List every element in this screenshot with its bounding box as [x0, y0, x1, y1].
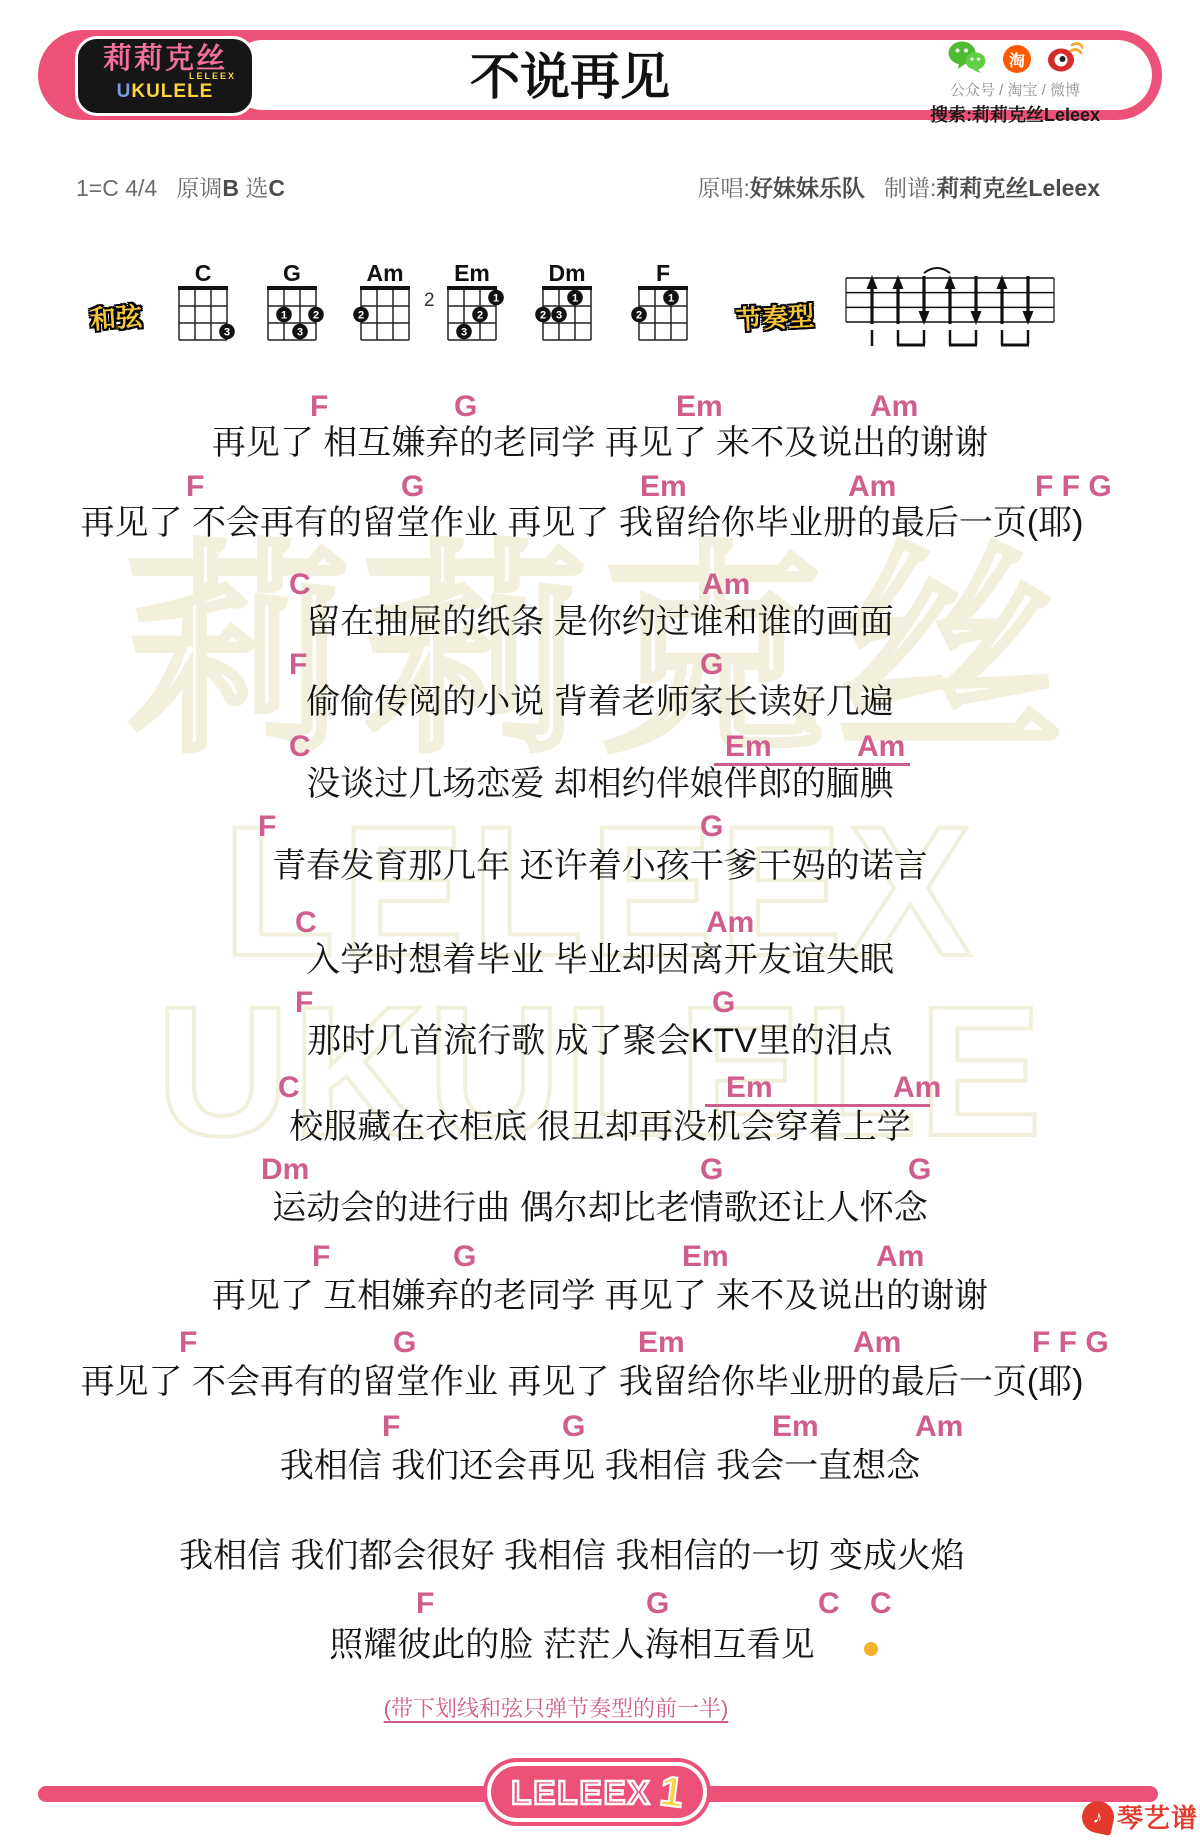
chord: G: [700, 650, 723, 680]
half-rhythm-underline: [705, 1104, 930, 1107]
footer-badge: LELEEX 1: [487, 1762, 707, 1822]
chord: Em: [676, 392, 723, 422]
lyric-line-5: 没谈过几场恋爱 却相约伴娘伴郎的腼腆: [0, 765, 1200, 804]
lyric-line-13: 我相信 我们还会再见 我相信 我会一直想念: [0, 1447, 1200, 1486]
chord-row-10: Dm G G: [0, 1155, 1200, 1189]
chord-name: Em: [438, 262, 506, 285]
lyric-line-14: 我相信 我们都会很好 我相信 我相信的一切 变成火焰: [0, 1537, 1172, 1576]
chord-grid: 2: [361, 289, 409, 340]
chord-row-9: C Em Am: [0, 1073, 1200, 1107]
lyric-line-1: 再见了 相互嫌弃的老同学 再见了 来不及说出的谢谢: [0, 424, 1200, 463]
chord: Em: [772, 1412, 819, 1442]
taobao-icon: 淘: [1003, 45, 1031, 73]
chord: Am: [702, 570, 750, 600]
chord: G: [453, 1242, 476, 1272]
chord-row-3: C Am: [0, 570, 1200, 604]
chord-row-12: F G Em Am F F G: [0, 1328, 1200, 1362]
chord: G: [401, 472, 424, 502]
key-time-info: 1=C 4/4 原调B 选C: [76, 170, 285, 203]
svg-text:3: 3: [224, 326, 230, 338]
chord: G: [646, 1589, 669, 1619]
selected-key-label: 选: [245, 175, 268, 201]
time-signature: 4/4: [125, 175, 157, 201]
chord-name: Dm: [533, 262, 601, 285]
chord: Em: [638, 1328, 685, 1358]
chord-row-6: F G: [0, 812, 1200, 846]
chord: G: [700, 812, 723, 842]
lyric-line-11: 再见了 互相嫌弃的老同学 再见了 来不及说出的谢谢: [0, 1277, 1200, 1316]
svg-text:3: 3: [556, 309, 562, 321]
lyric-line-12: 再见了 不会再有的留堂作业 再见了 我留给你毕业册的最后一页(耶): [0, 1363, 1182, 1402]
arranger-name: 莉莉克丝Leleex: [936, 175, 1100, 201]
original-key-label: 原调: [176, 175, 222, 201]
footnote: (带下划线和弦只弹节奏型的前一半): [0, 1692, 1112, 1723]
chord-row-11: F G Em Am: [0, 1242, 1200, 1276]
chord-diagram-Em: Em 2 123: [448, 262, 496, 342]
svg-text:1: 1: [281, 309, 287, 321]
chord: G: [712, 988, 735, 1018]
weibo-icon: [1047, 41, 1083, 78]
chord: F: [416, 1589, 434, 1619]
chord-grid: 123: [543, 289, 591, 340]
chord-grid: 3: [179, 289, 227, 340]
chord-grid: 123: [448, 289, 496, 340]
chord-diagram-Dm: Dm 123: [543, 262, 591, 342]
chord-row-4: F G: [0, 650, 1200, 684]
svg-text:1: 1: [493, 292, 499, 304]
lyric-line-10: 运动会的进行曲 偶尔却比老情歌还让人怀念: [0, 1189, 1200, 1228]
logo-chinese-name: 莉莉克丝: [78, 45, 252, 74]
chord: Am: [915, 1412, 963, 1442]
leleex-logo: 莉莉克丝 LELEEX UKULELE: [75, 36, 255, 116]
chord-row-8: F G: [0, 988, 1200, 1022]
arranger-label: 制谱:: [884, 175, 936, 201]
chord: C: [289, 570, 311, 600]
ending-dot: [864, 1642, 878, 1656]
chord: Am: [706, 908, 754, 938]
chord: Am: [893, 1073, 941, 1103]
chord: C: [295, 908, 317, 938]
chord-row-2: F G Em Am F F G: [0, 472, 1200, 506]
chord-grid: 132: [268, 289, 316, 340]
chord: Am: [853, 1328, 901, 1358]
svg-text:2: 2: [540, 309, 546, 321]
svg-text:2: 2: [358, 309, 364, 321]
chord: F: [186, 472, 204, 502]
chord-row-1: F G Em Am: [0, 392, 1200, 426]
chord: F: [310, 392, 328, 422]
chord-row-13: F G Em Am: [0, 1412, 1200, 1446]
strum-pattern-staff: [846, 262, 1056, 350]
lyric-line-7: 入学时想着毕业 毕业却因离开友谊失眠: [0, 941, 1200, 980]
chord-row-15: F G C C: [0, 1589, 1200, 1623]
social-icons-row: 淘: [925, 42, 1105, 76]
chord: C: [278, 1073, 300, 1103]
chord: F F G: [1032, 1328, 1109, 1358]
chord: G: [700, 1155, 723, 1185]
footer-badge-text: LELEEX: [511, 1776, 651, 1809]
lyric-line-15: 照耀彼此的脸 茫茫人海相互看见: [0, 1626, 1172, 1665]
chord: Em: [726, 1073, 773, 1103]
chord: C: [818, 1589, 840, 1619]
chord-name: F: [629, 262, 697, 285]
social-block: 淘 公众号 / 淘宝 / 微博 搜索:莉莉克丝Leleex: [925, 42, 1105, 127]
lyric-line-3: 留在抽屉的纸条 是你约过谁和谁的画面: [0, 603, 1200, 642]
lyric-line-4: 偷偷传阅的小说 背着老师家长读好几遍: [0, 683, 1200, 722]
rhythm-sticker-label: 节奏型: [735, 296, 815, 337]
chord: Dm: [261, 1155, 309, 1185]
chord: C: [870, 1589, 892, 1619]
svg-text:2: 2: [477, 309, 483, 321]
chord: F: [312, 1242, 330, 1272]
credits-info: 原唱:好妹妹乐队 制谱:莉莉克丝Leleex: [697, 170, 1100, 203]
chord: G: [454, 392, 477, 422]
svg-text:2: 2: [636, 309, 642, 321]
chord: G: [393, 1328, 416, 1358]
chord-name: C: [169, 262, 237, 285]
chord-diagram-C: C 3: [179, 262, 227, 342]
chord-row-5: C Em Am: [0, 732, 1200, 766]
lyric-line-6: 青春发育那几年 还许着小孩干爹干妈的诺言: [0, 847, 1200, 886]
chord: Am: [876, 1242, 924, 1272]
qinyipu-name: 琴艺谱: [1117, 1798, 1198, 1835]
song-title: 不说再见: [320, 52, 820, 102]
chord: Am: [848, 472, 896, 502]
chord-diagram-Am: Am 2: [361, 262, 409, 342]
chord: F F G: [1035, 472, 1112, 502]
page-number: 1: [657, 1770, 685, 1815]
selected-key: C: [268, 175, 285, 201]
logo-ukulele-text: UKULELE: [78, 82, 252, 101]
svg-text:2: 2: [313, 309, 319, 321]
chord-diagram-G: G 132: [268, 262, 316, 342]
chord-grid: 12: [639, 289, 687, 340]
social-platform-labels: 公众号 / 淘宝 / 微博: [925, 79, 1105, 100]
singer-name: 好妹妹乐队: [750, 175, 865, 201]
svg-text:1: 1: [668, 292, 674, 304]
fret-position-label: 2: [424, 290, 435, 312]
lyric-line-9: 校服藏在衣柜底 很丑却再没机会穿着上学: [0, 1108, 1200, 1147]
chords-sticker-label: 和弦: [89, 296, 143, 337]
chord: F: [295, 988, 313, 1018]
chord-name: Am: [351, 262, 419, 285]
lyric-line-2: 再见了 不会再有的留堂作业 再见了 我留给你毕业册的最后一页(耶): [0, 504, 1182, 543]
social-search-hint: 搜索:莉莉克丝Leleex: [925, 101, 1105, 127]
chord-sheet-page: 莉莉克丝 LELEEX UKULELE 莉莉克丝 LELEEX UKULELE …: [0, 0, 1200, 1847]
wechat-icon: [947, 40, 987, 79]
chord-row-7: C Am: [0, 908, 1200, 942]
chord: Am: [870, 392, 918, 422]
chord: Em: [682, 1242, 729, 1272]
singer-label: 原唱:: [697, 175, 749, 201]
key-signature: 1=C: [76, 175, 119, 201]
chord-name: G: [258, 262, 326, 285]
chord: C: [289, 732, 311, 762]
chord: F: [258, 812, 276, 842]
original-key: B: [222, 175, 239, 201]
lyric-line-8: 那时几首流行歌 成了聚会KTV里的泪点: [0, 1022, 1200, 1061]
qinyipu-brand: ♪ 琴艺谱: [1082, 1798, 1198, 1835]
chord: Am: [857, 732, 905, 762]
chord: G: [562, 1412, 585, 1442]
chord: Em: [640, 472, 687, 502]
chord: F: [382, 1412, 400, 1442]
chord: F: [179, 1328, 197, 1358]
chord: Em: [725, 732, 772, 762]
svg-text:3: 3: [297, 326, 303, 338]
qinyipu-icon: ♪: [1079, 1798, 1117, 1836]
svg-text:3: 3: [461, 326, 467, 338]
chord: F: [289, 650, 307, 680]
chord-diagram-F: F 12: [639, 262, 687, 342]
svg-text:1: 1: [572, 292, 578, 304]
chord: G: [908, 1155, 931, 1185]
